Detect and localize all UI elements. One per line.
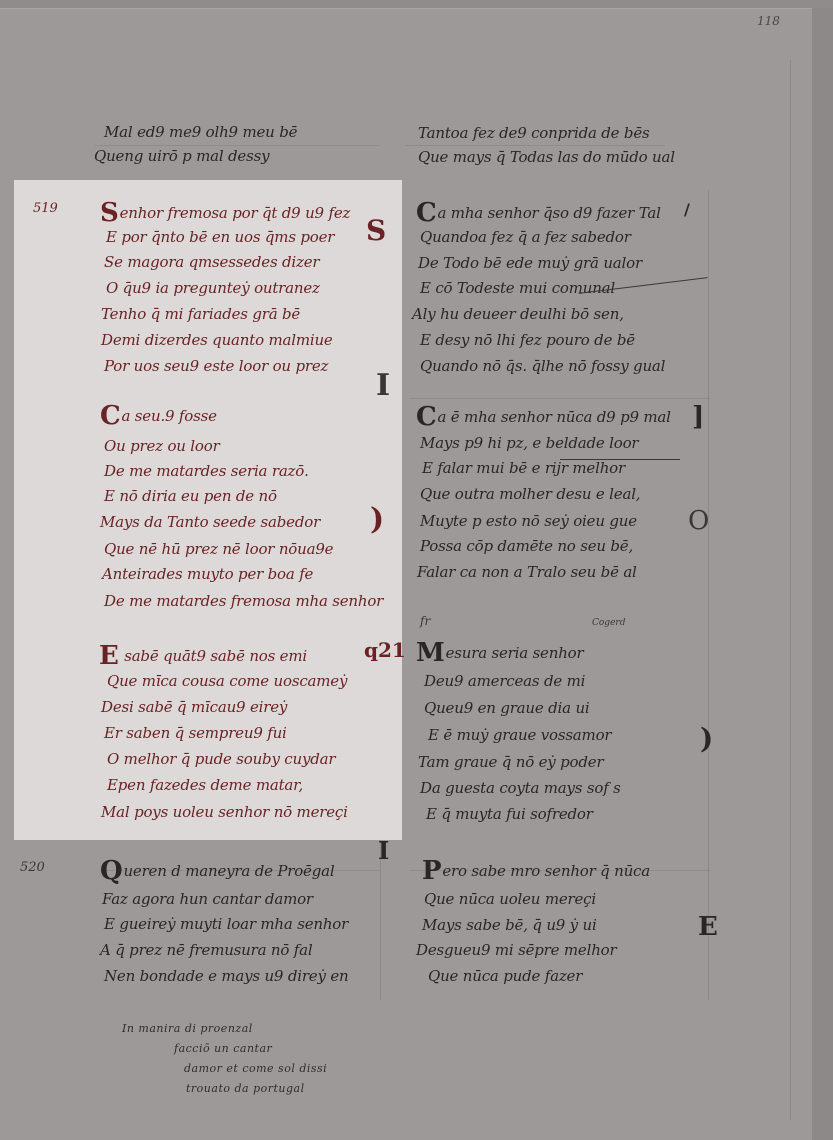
verse-line-initial: Ca seu.9 fosse bbox=[100, 403, 217, 429]
verse-line: Desi sabē q̄ mīcau9 eireẏ bbox=[101, 698, 287, 716]
annotation-line: facciō un cantar bbox=[174, 1042, 272, 1055]
verse-line: E gueireẏ muyti loar mha senhor bbox=[104, 915, 348, 933]
verse-line: A q̄ prez nē fremusura nō fal bbox=[100, 941, 312, 959]
verse-line: Queng uirō p mal dessy bbox=[94, 147, 269, 165]
ruling-vertical bbox=[708, 190, 709, 1000]
verse-line-initial: Ca ē mha senhor nūca d9 p9 mal bbox=[416, 404, 671, 430]
verse-line: Que mays q̄ Todas las do mūdo ual bbox=[418, 148, 675, 166]
initial-letter: Q bbox=[100, 856, 122, 886]
margin-mark: E bbox=[698, 912, 718, 942]
verse-line: Se magora qmsessedes dizer bbox=[104, 253, 319, 271]
verse-line: Tenho q̄ mi fariades grā bē bbox=[101, 305, 300, 323]
verse-text: ero sabe mro senhor q̄ nūca bbox=[442, 862, 650, 880]
verse-line: Anteirades muyto per boa fe bbox=[102, 565, 313, 583]
verse-line: Que nē hū prez nē loor nōua9e bbox=[104, 540, 333, 558]
verse-line: E q̄ muyta fui sofredor bbox=[426, 805, 593, 823]
annotation-line: damor et come sol dissi bbox=[184, 1062, 327, 1075]
verse-text: a seu.9 fosse bbox=[122, 407, 217, 425]
verse-line: Demi dizerdes quanto malmiue bbox=[101, 331, 333, 349]
margin-mark: I bbox=[376, 368, 390, 403]
verse-line: De me matardes fremosa mha senhor bbox=[104, 592, 383, 610]
margin-mark: I bbox=[378, 836, 389, 865]
initial-letter: C bbox=[100, 401, 121, 431]
verse-line: E nō diria eu pen de nō bbox=[104, 487, 277, 505]
verse-line: Aly hu deueer deulhi bō sen, bbox=[412, 305, 624, 323]
verse-line: Que mīca cousa come uoscameẏ bbox=[107, 672, 347, 690]
poem-number: 520 bbox=[20, 860, 45, 875]
verse-line: Possa cōp damēte no seu bē, bbox=[420, 537, 633, 555]
margin-slash-icon: / bbox=[684, 200, 690, 219]
verse-line-initial: Mesura seria senhor bbox=[416, 640, 583, 666]
verse-line: Ou prez ou loor bbox=[104, 437, 220, 455]
ruling-line bbox=[405, 145, 665, 146]
folio-number: 118 bbox=[757, 14, 780, 28]
verse-line: E cō Todeste mui comunal bbox=[420, 279, 615, 297]
verse-line: Quandoa fez q̄ a fez sabedor bbox=[420, 228, 631, 246]
verse-line: Que nūca pude fazer bbox=[428, 967, 582, 985]
initial-letter: P bbox=[422, 856, 441, 886]
verse-line: Nen bondade e mays u9 direẏ en bbox=[104, 967, 348, 985]
verse-line: O q̄u9 ia pregunteẏ outranez bbox=[106, 279, 320, 297]
verse-line: Quando nō q̄s. q̄lhe nō fossy gual bbox=[420, 357, 665, 375]
initial-letter: E bbox=[99, 641, 119, 671]
poem-number: 519 bbox=[33, 201, 58, 216]
prefix-mark: fr bbox=[420, 614, 430, 628]
verse-line: Falar ca non a Tralo seu bē al bbox=[417, 563, 637, 581]
verse-text: esura seria senhor bbox=[446, 644, 584, 662]
verse-line: Por uos seu9 este loor ou prez bbox=[104, 357, 328, 375]
verse-text: a mha senhor q̄so d9 fazer Tal bbox=[438, 204, 661, 222]
verse-line: Desgueu9 mi sēpre melhor bbox=[416, 941, 616, 959]
verse-text: enhor fremosa por q̄t d9 u9 fez bbox=[120, 204, 351, 222]
underline-stroke bbox=[560, 459, 680, 460]
verse-text: ueren d maneyra de Proēgal bbox=[123, 862, 334, 880]
page-edge bbox=[812, 8, 833, 1140]
annotation-line: In manira di proenzal bbox=[122, 1022, 253, 1035]
verse-line: Mays da Tanto seede sabedor bbox=[100, 513, 320, 531]
verse-line: Da guesta coyta mays sof s bbox=[420, 779, 621, 797]
verse-line: Mal ed9 me9 olh9 meu bē bbox=[104, 123, 297, 141]
verse-line-initial: Ca mha senhor q̄so d9 fazer Tal bbox=[416, 200, 661, 226]
verse-line-initial: E sabē quāt9 sabē nos emi bbox=[99, 643, 307, 669]
verse-line: E desy nō lhi fez pouro de bē bbox=[420, 331, 635, 349]
ruling-line bbox=[95, 145, 380, 146]
verse-line: Tam graue q̄ nō eẏ poder bbox=[418, 753, 603, 771]
ruling-vertical bbox=[790, 60, 791, 1120]
verse-line: Que outra molher desu e leal, bbox=[420, 485, 640, 503]
verse-line: Muyte p esto nō seẏ oieu gue bbox=[420, 512, 637, 530]
marginal-note: Cogerd bbox=[592, 618, 625, 628]
verse-line: De Todo bē ede muẏ grā ualor bbox=[418, 254, 642, 272]
margin-mark: S bbox=[366, 214, 386, 247]
verse-line: Mays sabe bē, q̄ u9 ẏ ui bbox=[422, 916, 597, 934]
margin-mark-paren: ) bbox=[700, 722, 713, 755]
verse-line: Mays p9 hi pz, e beldade loor bbox=[420, 434, 638, 452]
verse-line: Que nūca uoleu mereçi bbox=[424, 890, 596, 908]
verse-line: E por q̄nto bē en uos q̄ms poer bbox=[106, 228, 334, 246]
ruling-line bbox=[410, 398, 710, 399]
margin-mark: q21 bbox=[364, 638, 406, 662]
verse-line: Faz agora hun cantar damor bbox=[102, 890, 313, 908]
verse-line: Er saben q̄ sempreu9 fui bbox=[104, 724, 287, 742]
verse-line-initial: Queren d maneyra de Proēgal bbox=[100, 858, 334, 884]
initial-letter: S bbox=[100, 198, 119, 228]
margin-mark-bracket: ] bbox=[692, 402, 704, 432]
initial-letter: C bbox=[416, 198, 437, 228]
initial-letter: C bbox=[416, 402, 437, 432]
margin-mark: ) bbox=[370, 502, 384, 537]
annotation-line: trouato da portugal bbox=[186, 1082, 305, 1095]
verse-line: O melhor q̄ pude souby cuydar bbox=[107, 750, 335, 768]
verse-line: E falar mui bē e rijr melhor bbox=[422, 459, 625, 477]
verse-line: Mal poys uoleu senhor nō mereçi bbox=[101, 803, 348, 821]
verse-line: E ē muẏ graue vossamor bbox=[428, 726, 611, 744]
margin-mark-circle: O bbox=[688, 506, 709, 536]
verse-line-initial: Pero sabe mro senhor q̄ nūca bbox=[422, 858, 650, 884]
verse-text: sabē quāt9 sabē nos emi bbox=[120, 647, 307, 665]
verse-line: Queu9 en graue dia ui bbox=[424, 699, 590, 717]
verse-line: Epen fazedes deme matar, bbox=[107, 776, 303, 794]
verse-line: Tantoa fez de9 conprida de bēs bbox=[418, 124, 650, 142]
verse-line: De me matardes seria razō. bbox=[104, 462, 309, 480]
verse-line: Deu9 amerceas de mi bbox=[424, 672, 585, 690]
verse-text: a ē mha senhor nūca d9 p9 mal bbox=[438, 408, 671, 426]
verse-line-initial: Senhor fremosa por q̄t d9 u9 fez bbox=[100, 200, 350, 226]
initial-letter: M bbox=[416, 638, 445, 668]
